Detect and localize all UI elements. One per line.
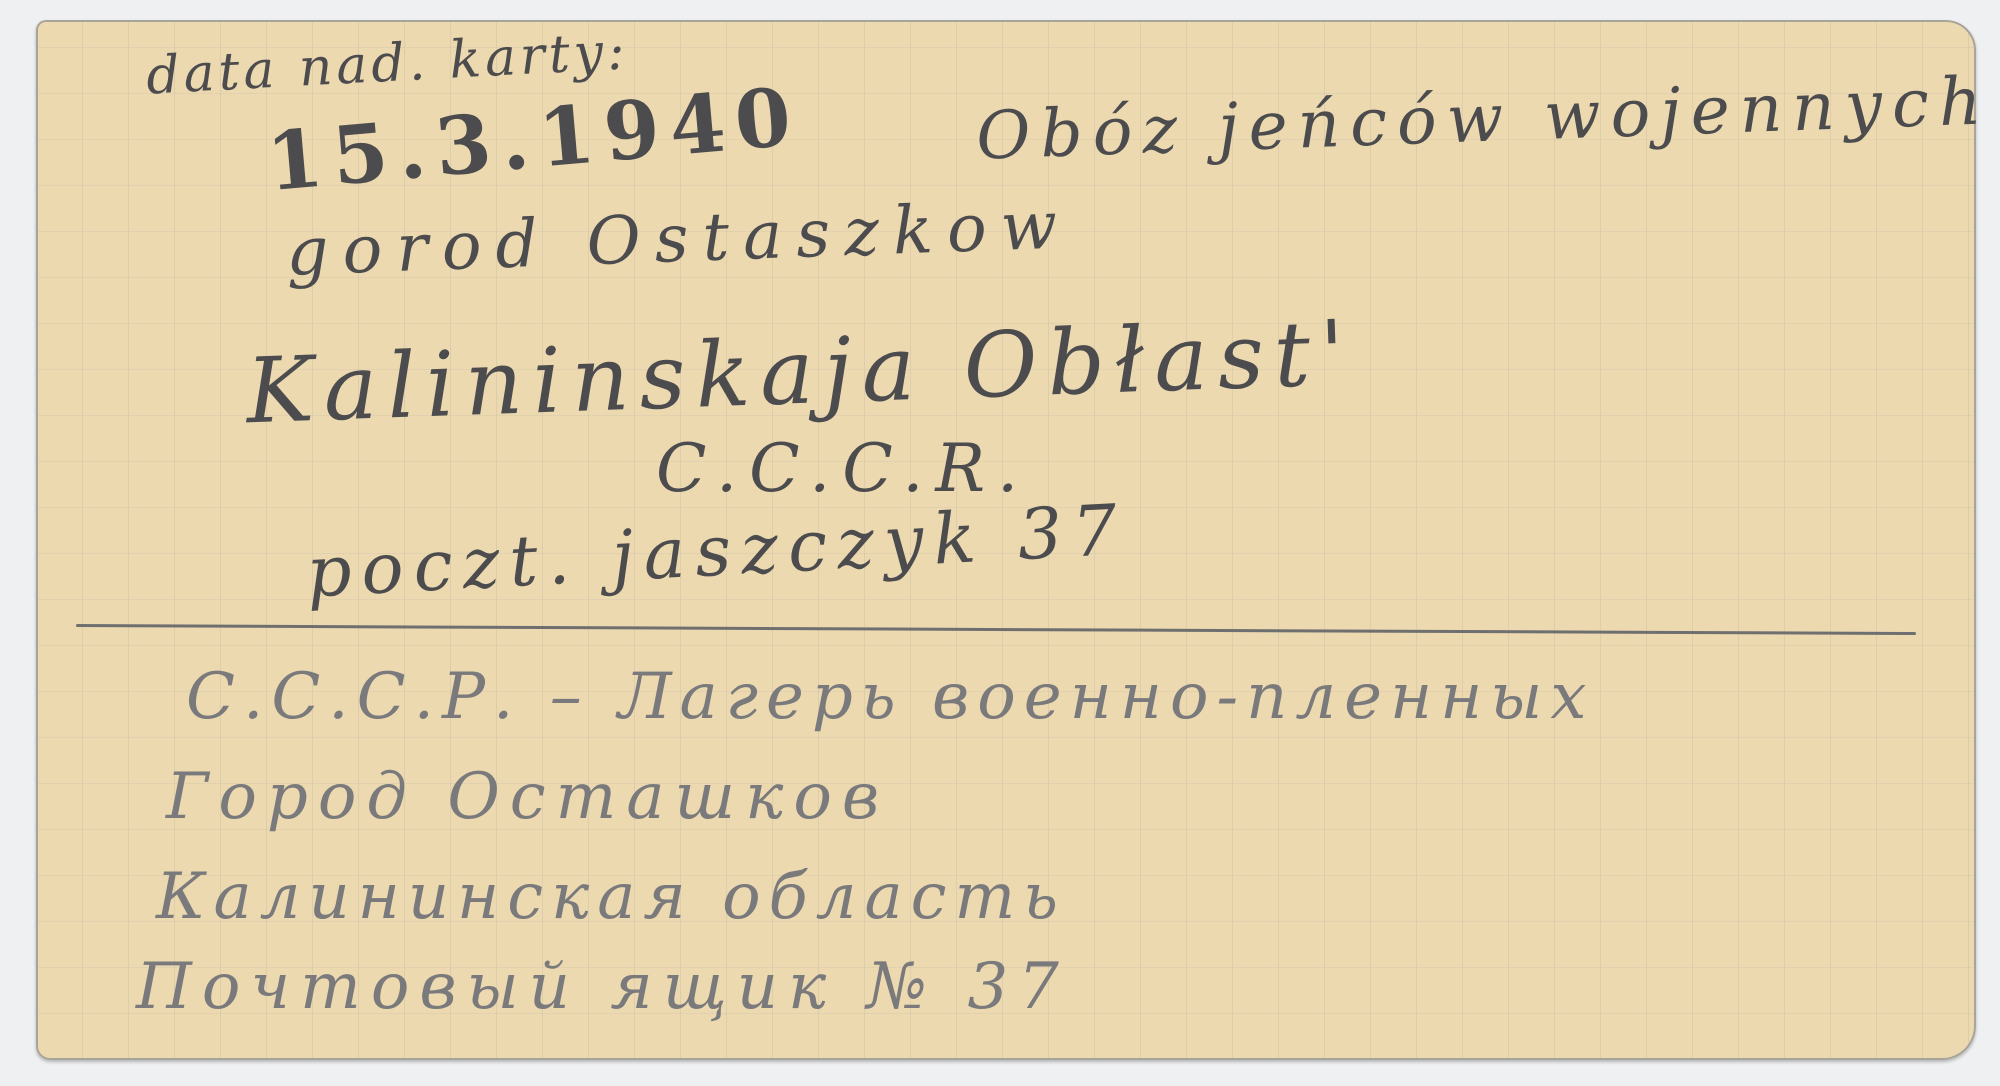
pobox-polish: poczt. jaszczyk 37 [304,489,1128,614]
town-polish: gorod Ostaszkow [285,186,1072,290]
town-russian: Город Осташков [166,760,889,834]
camp-name-russian: С.С.С.Р. – Лагерь военно-пленных [186,660,1594,734]
camp-name-polish: Obóz jeńców wojennych [975,62,1976,174]
region-russian: Калининская область [156,860,1066,934]
pobox-russian: Почтовый ящик № 37 [136,950,1069,1024]
postcard: data nad. karty: 15.3.1940 Obóz jeńców w… [36,20,1976,1060]
section-divider [76,624,1916,635]
region-polish: Kalininskaja Obłast' [245,301,1357,445]
